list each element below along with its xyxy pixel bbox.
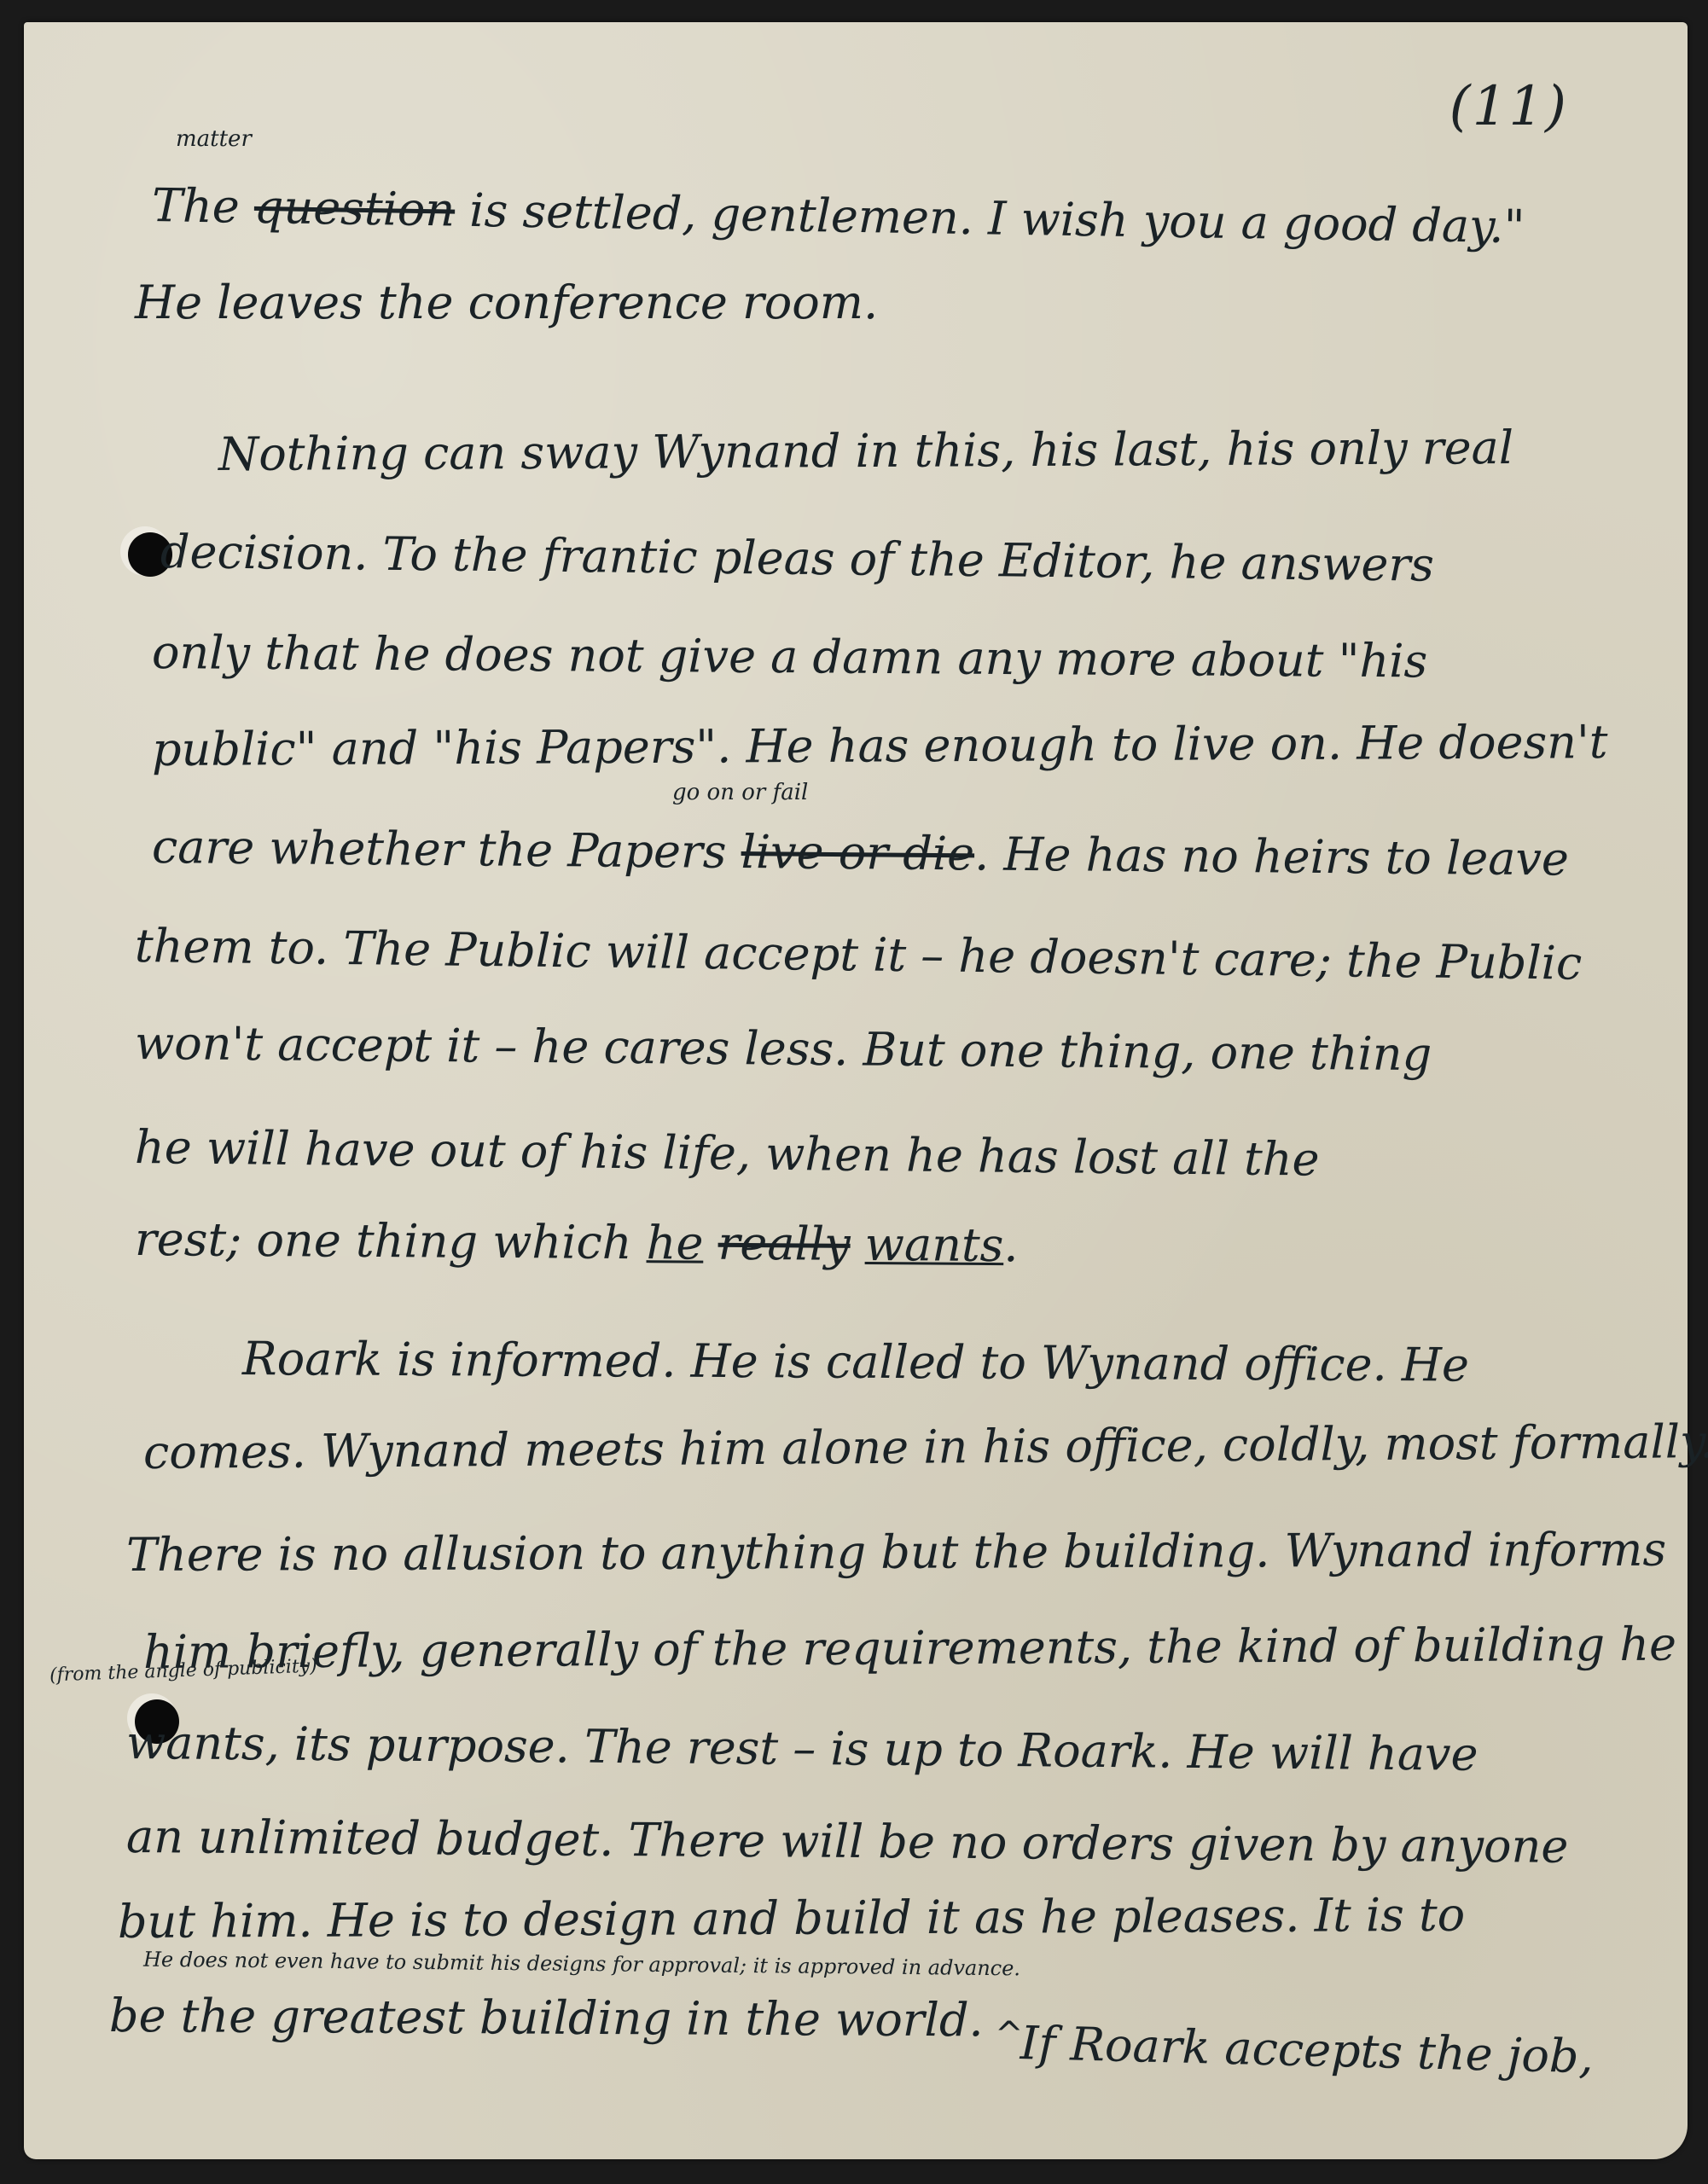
insertion-approval-note: He does not even have to submit his desi… (143, 1948, 1020, 1981)
margin-note-publicity: (from the angle of publicity) (49, 1656, 317, 1687)
manuscript-line-5: only that he does not give a damn any mo… (152, 630, 1688, 687)
insertion-matter: matter (176, 126, 252, 152)
manuscript-line-8: them to. The Public will accept it – he … (135, 923, 1688, 988)
manuscript-line-10: he will have out of his life, when he ha… (135, 1124, 1688, 1187)
manuscript-line-17: an unlimited budget. There will be no or… (126, 1814, 1688, 1871)
manuscript-line-2: He leaves the conference room. (135, 280, 1688, 326)
line-1-after: is settled, gentlemen. I wish you a good… (469, 183, 1525, 253)
manuscript-line-1: The question is settled, gentlemen. I wi… (152, 183, 1688, 253)
insertion-caret-icon: ^ (995, 2015, 1024, 2054)
manuscript-line-13: comes. Wynand meets him alone in his off… (143, 1419, 1688, 1476)
manuscript-line-16: wants, its purpose. The rest – is up to … (126, 1720, 1688, 1780)
insertion-go-on-or-fail: go on or fail (672, 780, 808, 805)
manuscript-line-3: Nothing can sway Wynand in this, his las… (218, 424, 1688, 478)
line-7-after: . He has no heirs to leave (974, 827, 1569, 886)
manuscript-line-6: public" and "his Papers". He has enough … (152, 719, 1688, 773)
page-number: (11) (1449, 75, 1568, 138)
struck-word-question: question (253, 180, 455, 237)
manuscript-line-9: won't accept it – he cares less. But one… (135, 1020, 1688, 1080)
struck-words-live-or-die: live or die (741, 825, 974, 880)
manuscript-line-18: but him. He is to design and build it as… (118, 1891, 1688, 1945)
manuscript-line-4: decision. To the frantic pleas of the Ed… (160, 529, 1688, 591)
struck-word-really: really (717, 1217, 850, 1271)
line-7-before: care whether the Papers (152, 820, 727, 879)
manuscript-line-14: There is no allusion to anything but the… (126, 1527, 1688, 1578)
manuscript-line-7: care whether the Papers live or die. He … (152, 824, 1688, 884)
underlined-word-wants: wants (865, 1217, 1004, 1272)
line-1-before: The (152, 178, 241, 234)
underlined-word-he: he (646, 1216, 703, 1269)
manuscript-line-11: rest; one thing which he really wants. (135, 1217, 1688, 1274)
line-11-before: rest; one thing which (135, 1212, 632, 1269)
manuscript-line-20: If Roark accepts the job, (1020, 2020, 1594, 2080)
manuscript-page: (11) matter The question is settled, gen… (24, 22, 1688, 2159)
manuscript-line-12: Roark is informed. He is called to Wynan… (242, 1336, 1688, 1390)
manuscript-line-15: him briefly, generally of the requiremen… (143, 1622, 1688, 1676)
line-11-after: . (1003, 1218, 1019, 1272)
